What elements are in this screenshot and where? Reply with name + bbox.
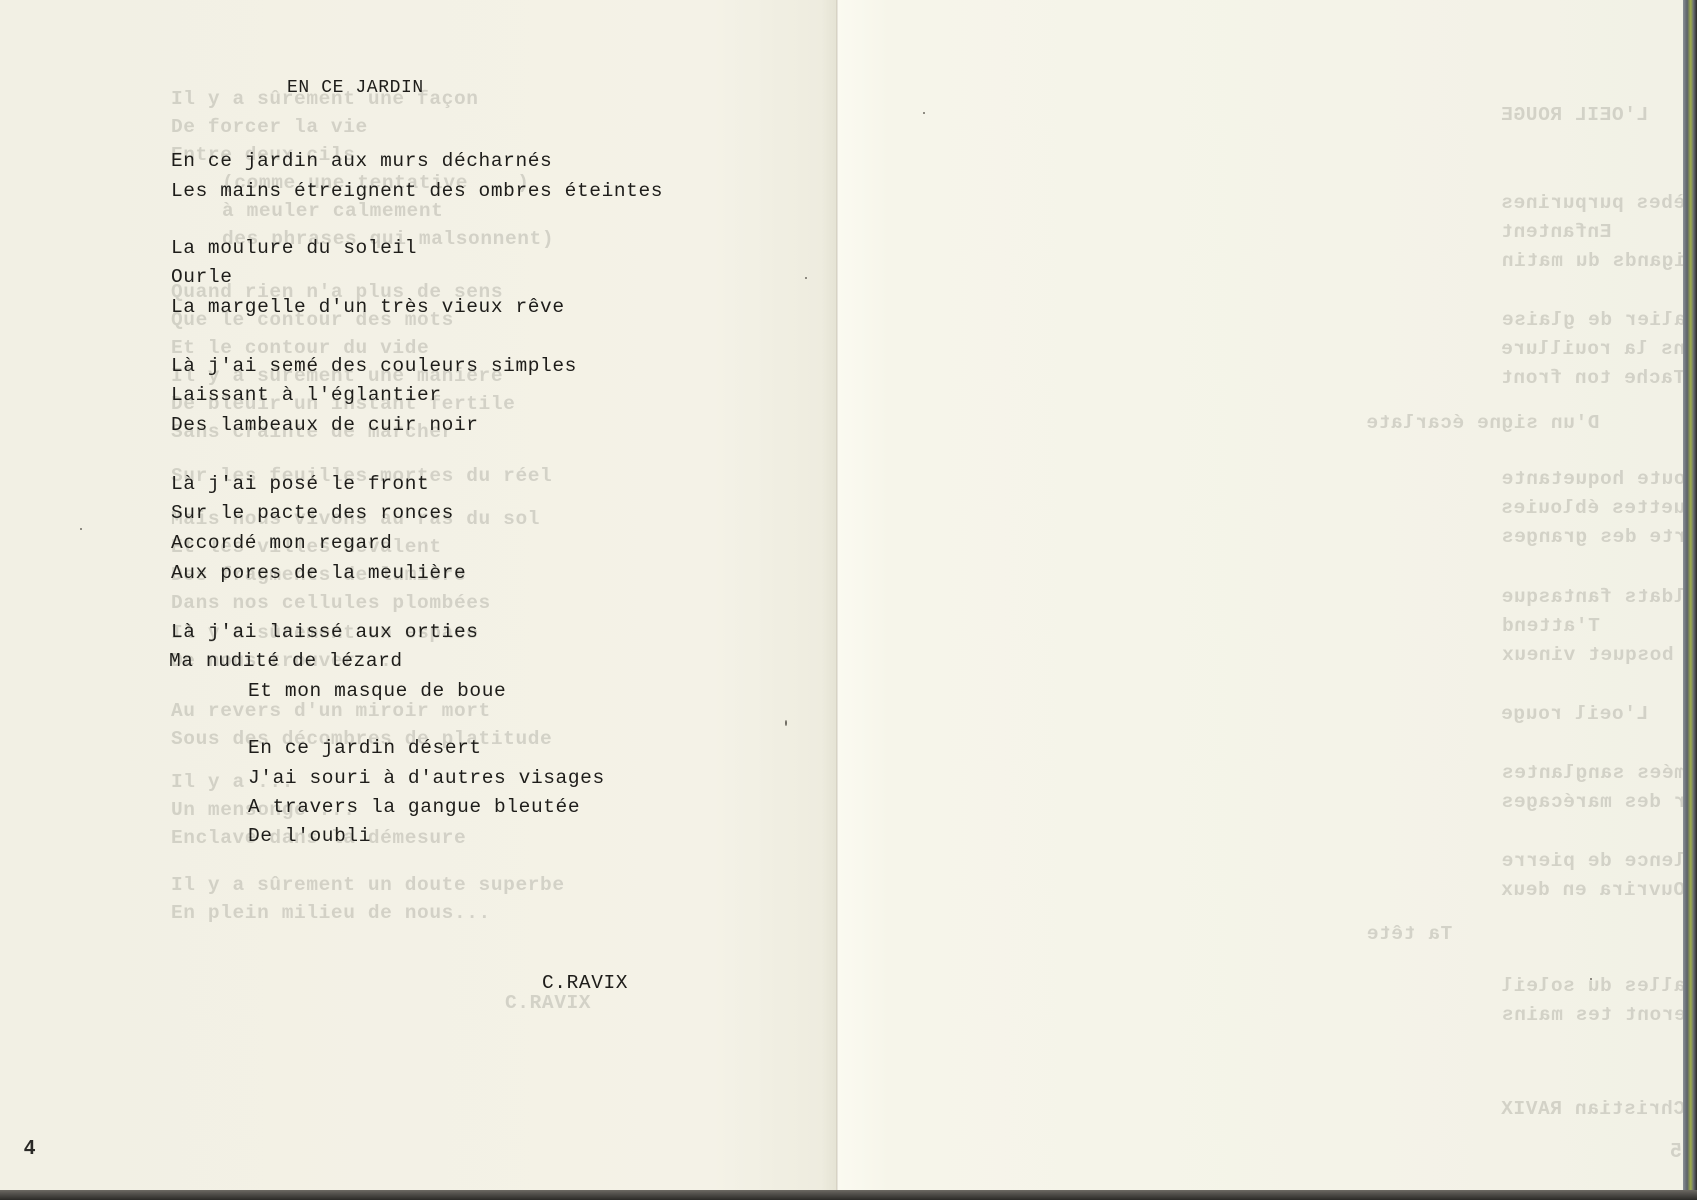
poem-line: A travers la gangue bleutée (248, 796, 580, 818)
ghost-line: Tandis que les glèbes purpurines (1501, 192, 1697, 214)
bottom-edge (0, 1190, 1697, 1200)
poem-line: Sur le pacte des ronces (171, 502, 454, 524)
ghost-line: Tache ton front (1501, 367, 1686, 389)
book-spread: Il y a sûrement une façon De forcer la v… (0, 0, 1697, 1192)
paper-speck (923, 112, 925, 114)
ghost-line: Sur la porte des granges (1501, 526, 1697, 548)
poem-line: Ourle (171, 266, 233, 288)
ghost-line: De forcer la vie (171, 116, 368, 138)
poem-line: Aux pores de la meulière (171, 562, 466, 584)
ghost-line: En plein milieu de nous... (171, 902, 491, 924)
ghost-line: Un cavalier de glaise (1501, 309, 1697, 331)
ghost-line: Passant dans la rouillure (1501, 338, 1697, 360)
ghost-line: Au revers d'un miroir mort (171, 700, 491, 722)
poem-line: J'ai souri à d'autres visages (248, 767, 605, 789)
ghost-line: Un silence de pierre (1501, 850, 1697, 872)
ghost-line: L'oeil rouge (1501, 703, 1649, 725)
paper-speck (785, 720, 787, 726)
ghost-line: Les brigands du matin (1501, 250, 1697, 272)
ghost-line: Tu verras des fumées sanglantes (1501, 762, 1697, 784)
ghost-line: Et toutes les balles du soleil (1501, 975, 1697, 997)
poem-line: Ma nudité de lézard (169, 650, 403, 672)
ghost-line: Il y a sûrement un doute superbe (171, 874, 565, 896)
ghost-line: Ta tête (1366, 923, 1452, 945)
ghost-line: Ouvrira en deux (1501, 879, 1686, 901)
poem-line: La margelle d'un très vieux rêve (171, 296, 565, 318)
poem-title: EN CE JARDIN (287, 78, 424, 98)
poem-line: Là j'ai posé le front (171, 473, 429, 495)
poem-line: En ce jardin désert (248, 737, 482, 759)
ghost-signature: Christian RAVIX (1501, 1098, 1686, 1120)
paper-speck (80, 528, 82, 530)
paper-speck (1590, 978, 1592, 980)
poem-line: La moulure du soleil (171, 237, 417, 259)
ghost-line: Enfantent (1501, 221, 1612, 243)
page-number: 4 (24, 1137, 35, 1160)
ghost-line: T'attend (1501, 615, 1599, 637)
ghost-line: D'un signe écarlate (1366, 412, 1600, 434)
poem-line: Et mon masque de boue (248, 680, 506, 702)
right-page: L'OEIL ROUGE Tandis que les glèbes purpu… (838, 0, 1686, 1192)
poem-line: Des lambeaux de cuir noir (171, 414, 479, 436)
poem-line: De l'oubli (248, 825, 371, 847)
ghost-line: Des chouettes éblouies (1501, 497, 1697, 519)
ghost-line: Tu suivras la route hoquetante (1501, 468, 1697, 490)
ghost-line: La horde des soldats fantasque (1501, 586, 1697, 608)
poem-line: Accordé mon regard (171, 532, 392, 554)
ghost-line: Au coin de ce bosquet vineux (1501, 644, 1697, 666)
page-stack-edge (1683, 0, 1697, 1200)
ghost-line: Dans nos cellules plombées (171, 592, 491, 614)
poem-line: Les mains étreignent des ombres éteintes (171, 180, 663, 202)
poem-line: Laissant à l'églantier (171, 384, 442, 406)
ghost-title: L'OEIL ROUGE (1501, 104, 1649, 126)
poem-line: En ce jardin aux murs décharnés (171, 150, 552, 172)
ghost-line: à meuler calmement (222, 200, 443, 222)
ghost-line: Monter des marécages (1501, 791, 1697, 813)
poem-signature: C.RAVIX (542, 972, 628, 994)
left-page: Il y a sûrement une façon De forcer la v… (0, 0, 838, 1192)
poem-line: Là j'ai semé des couleurs simples (171, 355, 577, 377)
poem-line: Là j'ai laissé aux orties (171, 621, 479, 643)
ghost-signature: C.RAVIX (505, 992, 591, 1014)
ghost-page-number: 5 (1670, 1140, 1682, 1163)
paper-speck (805, 277, 807, 279)
ghost-line: Déchireront tes mains (1501, 1004, 1697, 1026)
